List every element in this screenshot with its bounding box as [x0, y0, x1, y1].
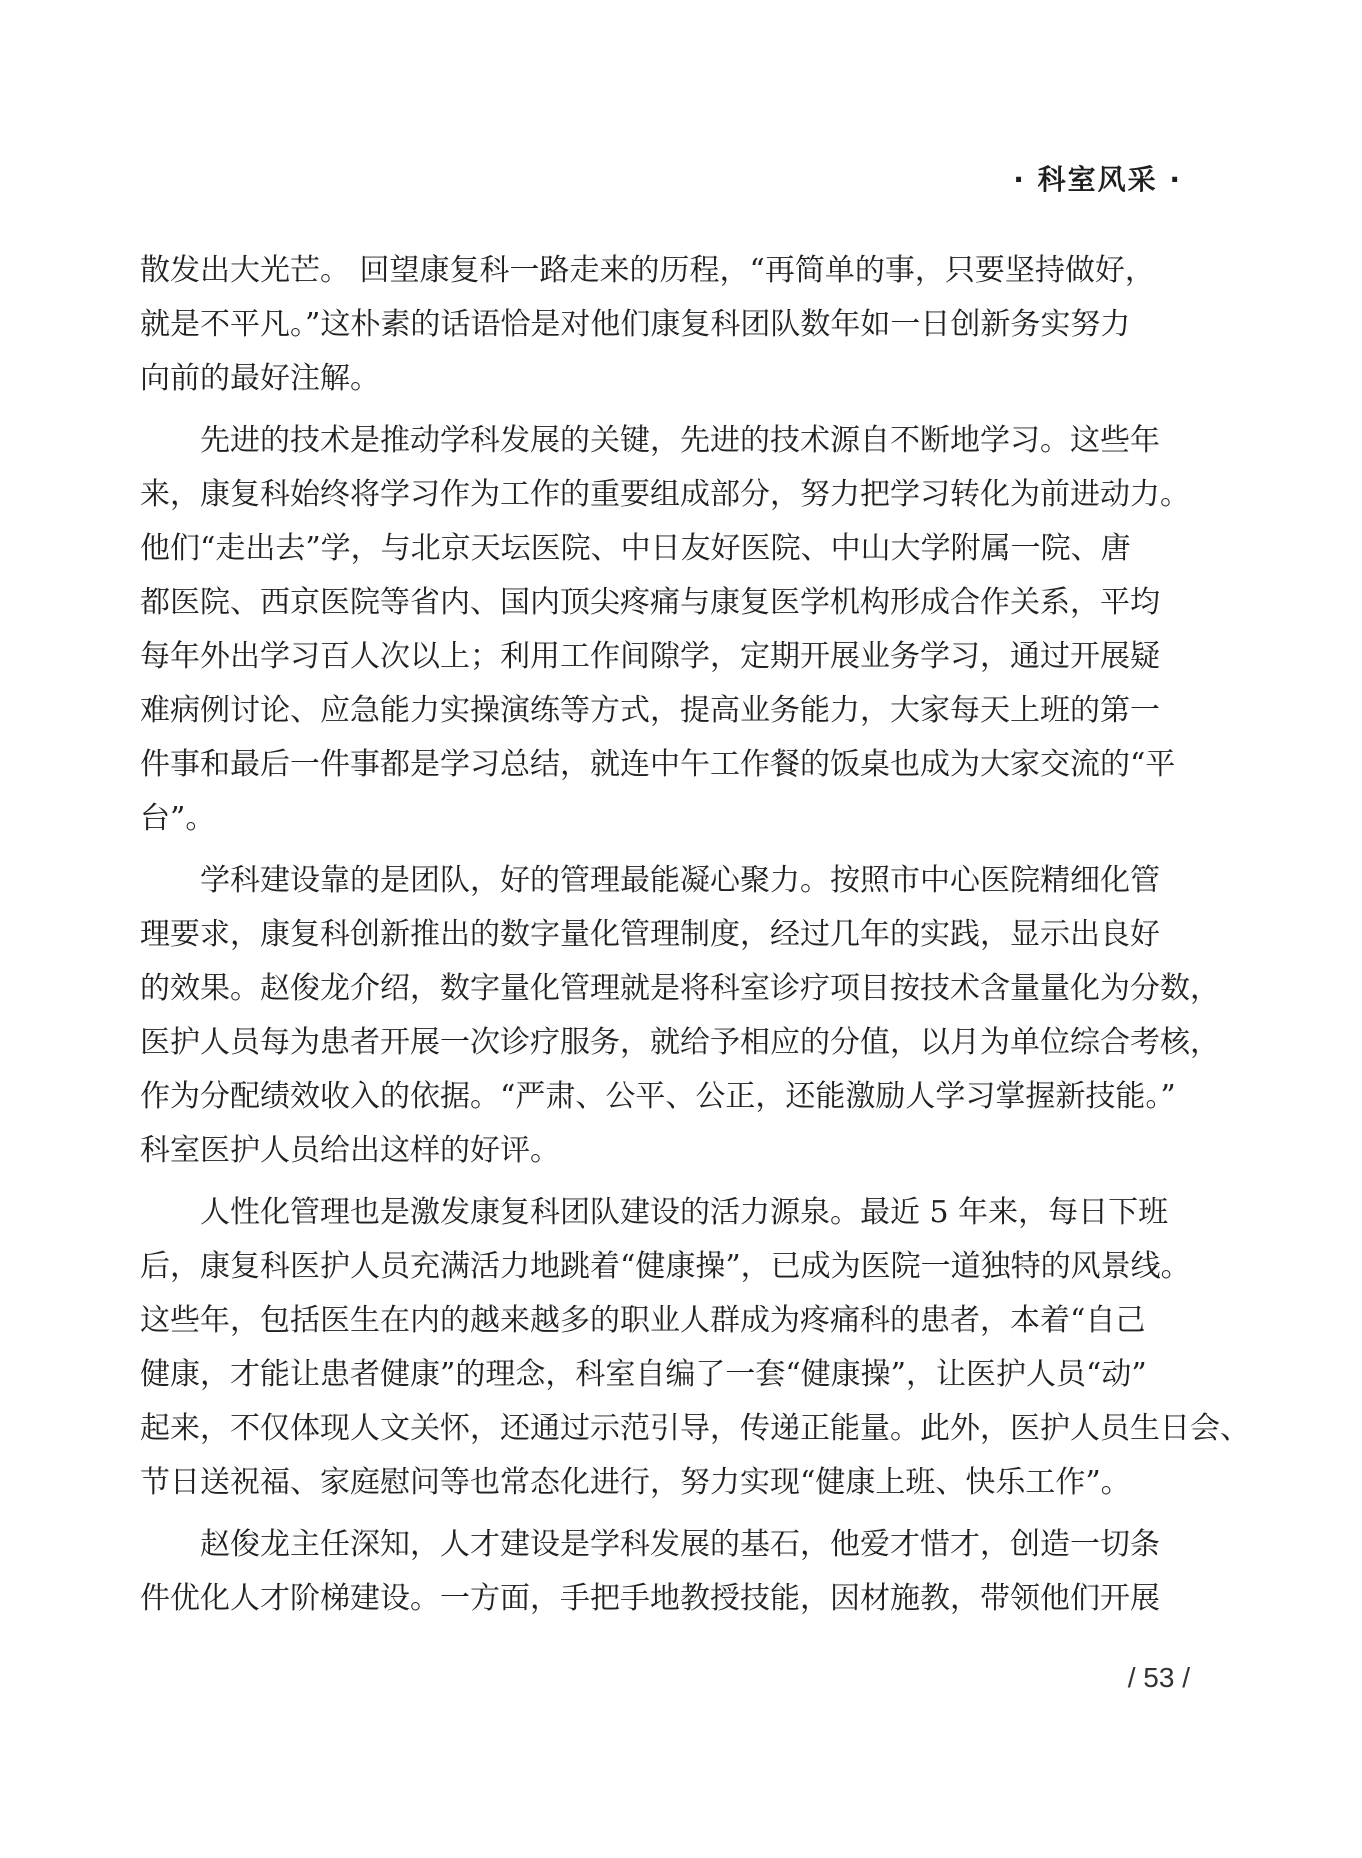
text-line: 件优化人才阶梯建设。一方面，手把手地教授技能，因材施教，带领他们开展	[140, 1572, 1220, 1626]
paragraph: 赵俊龙主任深知，人才建设是学科发展的基石，他爱才惜才，创造一切条 件优化人才阶梯…	[140, 1518, 1220, 1626]
text-line: 件事和最后一件事都是学习总结，就连中午工作餐的饭桌也成为大家交流的“平	[140, 738, 1220, 792]
text-line: 向前的最好注解。	[140, 352, 1220, 406]
text-line: 人性化管理也是激发康复科团队建设的活力源泉。最近 5 年来，每日下班	[140, 1186, 1220, 1240]
text-line: 健康，才能让患者健康”的理念，科室自编了一套“健康操”，让医护人员“动”	[140, 1348, 1220, 1402]
text-line: 起来，不仅体现人文关怀，还通过示范引导，传递正能量。此外，医护人员生日会、	[140, 1402, 1220, 1456]
article-body: 散发出大光芒。 回望康复科一路走来的历程，“再简单的事，只要坚持做好， 就是不平…	[140, 244, 1220, 1626]
text-line: 难病例讨论、应急能力实操演练等方式，提高业务能力，大家每天上班的第一	[140, 684, 1220, 738]
paragraph-gap	[140, 1510, 1220, 1518]
text-line: 每年外出学习百人次以上；利用工作间隙学，定期开展业务学习，通过开展疑	[140, 630, 1220, 684]
text-line: 先进的技术是推动学科发展的关键，先进的技术源自不断地学习。这些年	[140, 414, 1220, 468]
paragraph-gap	[140, 846, 1220, 854]
paragraph: 散发出大光芒。 回望康复科一路走来的历程，“再简单的事，只要坚持做好， 就是不平…	[140, 244, 1220, 406]
text-line: 来，康复科始终将学习作为工作的重要组成部分，努力把学习转化为前进动力。	[140, 468, 1220, 522]
text-line: 节日送祝福、家庭慰问等也常态化进行，努力实现“健康上班、快乐工作”。	[140, 1456, 1220, 1510]
text-line: 后，康复科医护人员充满活力地跳着“健康操”，已成为医院一道独特的风景线。	[140, 1240, 1220, 1294]
paragraph: 先进的技术是推动学科发展的关键，先进的技术源自不断地学习。这些年 来，康复科始终…	[140, 414, 1220, 846]
text-line: 医护人员每为患者开展一次诊疗服务，就给予相应的分值，以月为单位综合考核，	[140, 1016, 1220, 1070]
text-line: 都医院、西京医院等省内、国内顶尖疼痛与康复医学机构形成合作关系，平均	[140, 576, 1220, 630]
paragraph-gap	[140, 406, 1220, 414]
paragraph: 人性化管理也是激发康复科团队建设的活力源泉。最近 5 年来，每日下班 后，康复科…	[140, 1186, 1220, 1510]
document-page: · 科室风采 · 散发出大光芒。 回望康复科一路走来的历程，“再简单的事，只要坚…	[0, 0, 1362, 1858]
text-line: 散发出大光芒。 回望康复科一路走来的历程，“再简单的事，只要坚持做好，	[140, 244, 1220, 298]
text-line: 科室医护人员给出这样的好评。	[140, 1124, 1220, 1178]
text-line: 作为分配绩效收入的依据。“严肃、公平、公正，还能激励人学习掌握新技能。”	[140, 1070, 1220, 1124]
text-line: 赵俊龙主任深知，人才建设是学科发展的基石，他爱才惜才，创造一切条	[140, 1518, 1220, 1572]
text-line: 台”。	[140, 792, 1220, 846]
text-line: 的效果。赵俊龙介绍，数字量化管理就是将科室诊疗项目按技术含量量化为分数，	[140, 962, 1220, 1016]
text-line: 这些年，包括医生在内的越来越多的职业人群成为疼痛科的患者，本着“自己	[140, 1294, 1220, 1348]
paragraph-gap	[140, 1178, 1220, 1186]
text-line: 他们“走出去”学，与北京天坛医院、中日友好医院、中山大学附属一院、唐	[140, 522, 1220, 576]
section-header: · 科室风采 ·	[1013, 158, 1182, 198]
text-line: 理要求，康复科创新推出的数字量化管理制度，经过几年的实践，显示出良好	[140, 908, 1220, 962]
text-line: 学科建设靠的是团队，好的管理最能凝心聚力。按照市中心医院精细化管	[140, 854, 1220, 908]
text-line: 就是不平凡。”这朴素的话语恰是对他们康复科团队数年如一日创新务实努力	[140, 298, 1220, 352]
page-number: / 53 /	[1128, 1662, 1190, 1694]
paragraph: 学科建设靠的是团队，好的管理最能凝心聚力。按照市中心医院精细化管 理要求，康复科…	[140, 854, 1220, 1178]
